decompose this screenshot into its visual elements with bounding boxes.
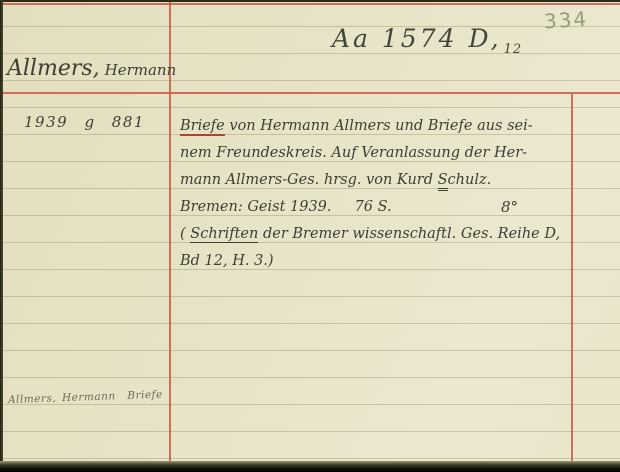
call-number-subscript: 12	[504, 42, 523, 57]
author-forename: Hermann	[105, 61, 177, 79]
red-rule-right-column	[571, 94, 573, 462]
entry-line: Briefe von Hermann Allmers und Briefe au…	[180, 113, 568, 140]
entry-text-underlined: S	[438, 172, 448, 191]
scan-edge-bottom	[0, 461, 620, 472]
entry-text: mann Allmers-Ges. hrsg. von Kurd	[180, 172, 438, 188]
entry-line: Bd 12, H. 3.)	[180, 248, 568, 275]
entry-text-underlined: Briefe	[180, 118, 225, 136]
author-surname: Allmers,	[7, 56, 100, 81]
entry-text: chulz.	[448, 172, 492, 188]
page-number: 334	[543, 6, 589, 33]
entry-line: mann Allmers-Ges. hrsg. von Kurd Schulz.	[180, 167, 568, 194]
author-heading: Allmers,Hermann	[7, 56, 176, 81]
entry-text: nem Freundeskreis. Auf Veranlassung der …	[180, 145, 527, 161]
entry-text: von Hermann Allmers und Briefe aus sei-	[225, 118, 533, 134]
entry-text: Bremen: Geist 1939. 76 S.	[180, 199, 392, 215]
catalog-card: 334 Aa 1574 D,12 Allmers,Hermann 1939 g …	[0, 0, 620, 472]
red-rule-header-divider	[0, 92, 620, 94]
entry-line: nem Freundeskreis. Auf Veranlassung der …	[180, 140, 568, 167]
red-rule-top	[0, 3, 620, 5]
entry-text-underlined: Schriften	[190, 226, 258, 243]
call-number: Aa 1574 D,12	[332, 24, 522, 53]
entry-text: (	[180, 226, 190, 242]
entry-line: ( Schriften der Bremer wissenschaftl. Ge…	[180, 221, 568, 248]
accession-number: 1939 g 881	[24, 113, 145, 131]
format-notation: 8°	[501, 194, 518, 221]
scan-edge-left	[0, 0, 3, 466]
entry-text: Bd 12, H. 3.)	[180, 253, 274, 269]
call-number-main: Aa 1574 D,	[332, 24, 502, 53]
entry-text: der Bremer wissenschaftl. Ges. Reihe D,	[258, 226, 560, 242]
scan-edge-top	[0, 0, 620, 2]
footer-annotation: Allmers, Hermann Briefe	[8, 389, 163, 406]
